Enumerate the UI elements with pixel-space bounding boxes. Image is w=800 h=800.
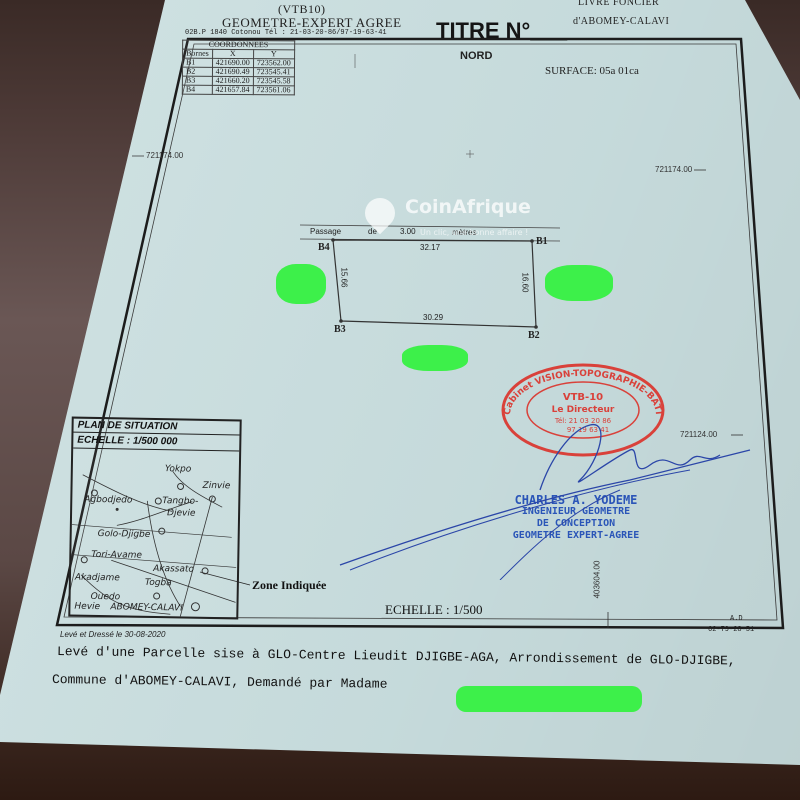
situation-plan: PLAN DE SITUATION ECHELLE : 1/500 000 Yo… [68,417,241,620]
north-label: NORD [460,50,492,62]
redaction-south [402,345,468,371]
side-south: 30.29 [423,313,443,322]
leve-date: Levé et Dressé le 30-08-2020 [60,630,165,639]
author-phone: 62-79-28-51 [708,626,754,634]
signature [330,420,760,580]
corner-b3: B3 [334,324,346,335]
corner-b1: B1 [536,236,548,247]
corner-b2: B2 [528,330,540,341]
corner-b4: B4 [318,242,330,253]
passage-width: 3.00 [400,227,416,236]
author-initials: A.D [730,615,743,623]
redaction-name [456,686,642,712]
surface-label: SURFACE: 05a 01ca [545,65,639,77]
grid-label-top-left: 721174.00 [146,151,183,160]
coordinates-table: COORDONNEES Bornes X Y B1421690.00723562… [182,40,295,96]
side-north: 32.17 [420,243,440,252]
plan-scale: ECHELLE : 1/500 [385,602,483,618]
situation-scale: ECHELLE : 1/500 000 [73,433,239,452]
side-east: 16.60 [521,272,530,292]
redaction-east [545,265,613,301]
redaction-west [276,264,326,304]
watermark-brand: CoinAfrique [405,196,531,218]
svg-text:VTB-10: VTB-10 [563,392,603,403]
grid-label-top-right: 721174.00 [655,165,692,174]
svg-text:Le Directeur: Le Directeur [552,405,615,415]
watermark-tagline: Un clic, une bonne affaire ! [420,228,528,237]
side-west: 15.66 [340,267,349,287]
table-row: B4421657.84723561.06 [182,85,294,95]
zone-indiquee-label: Zone Indiquée [252,578,326,593]
passage-label: Passage [310,227,341,236]
